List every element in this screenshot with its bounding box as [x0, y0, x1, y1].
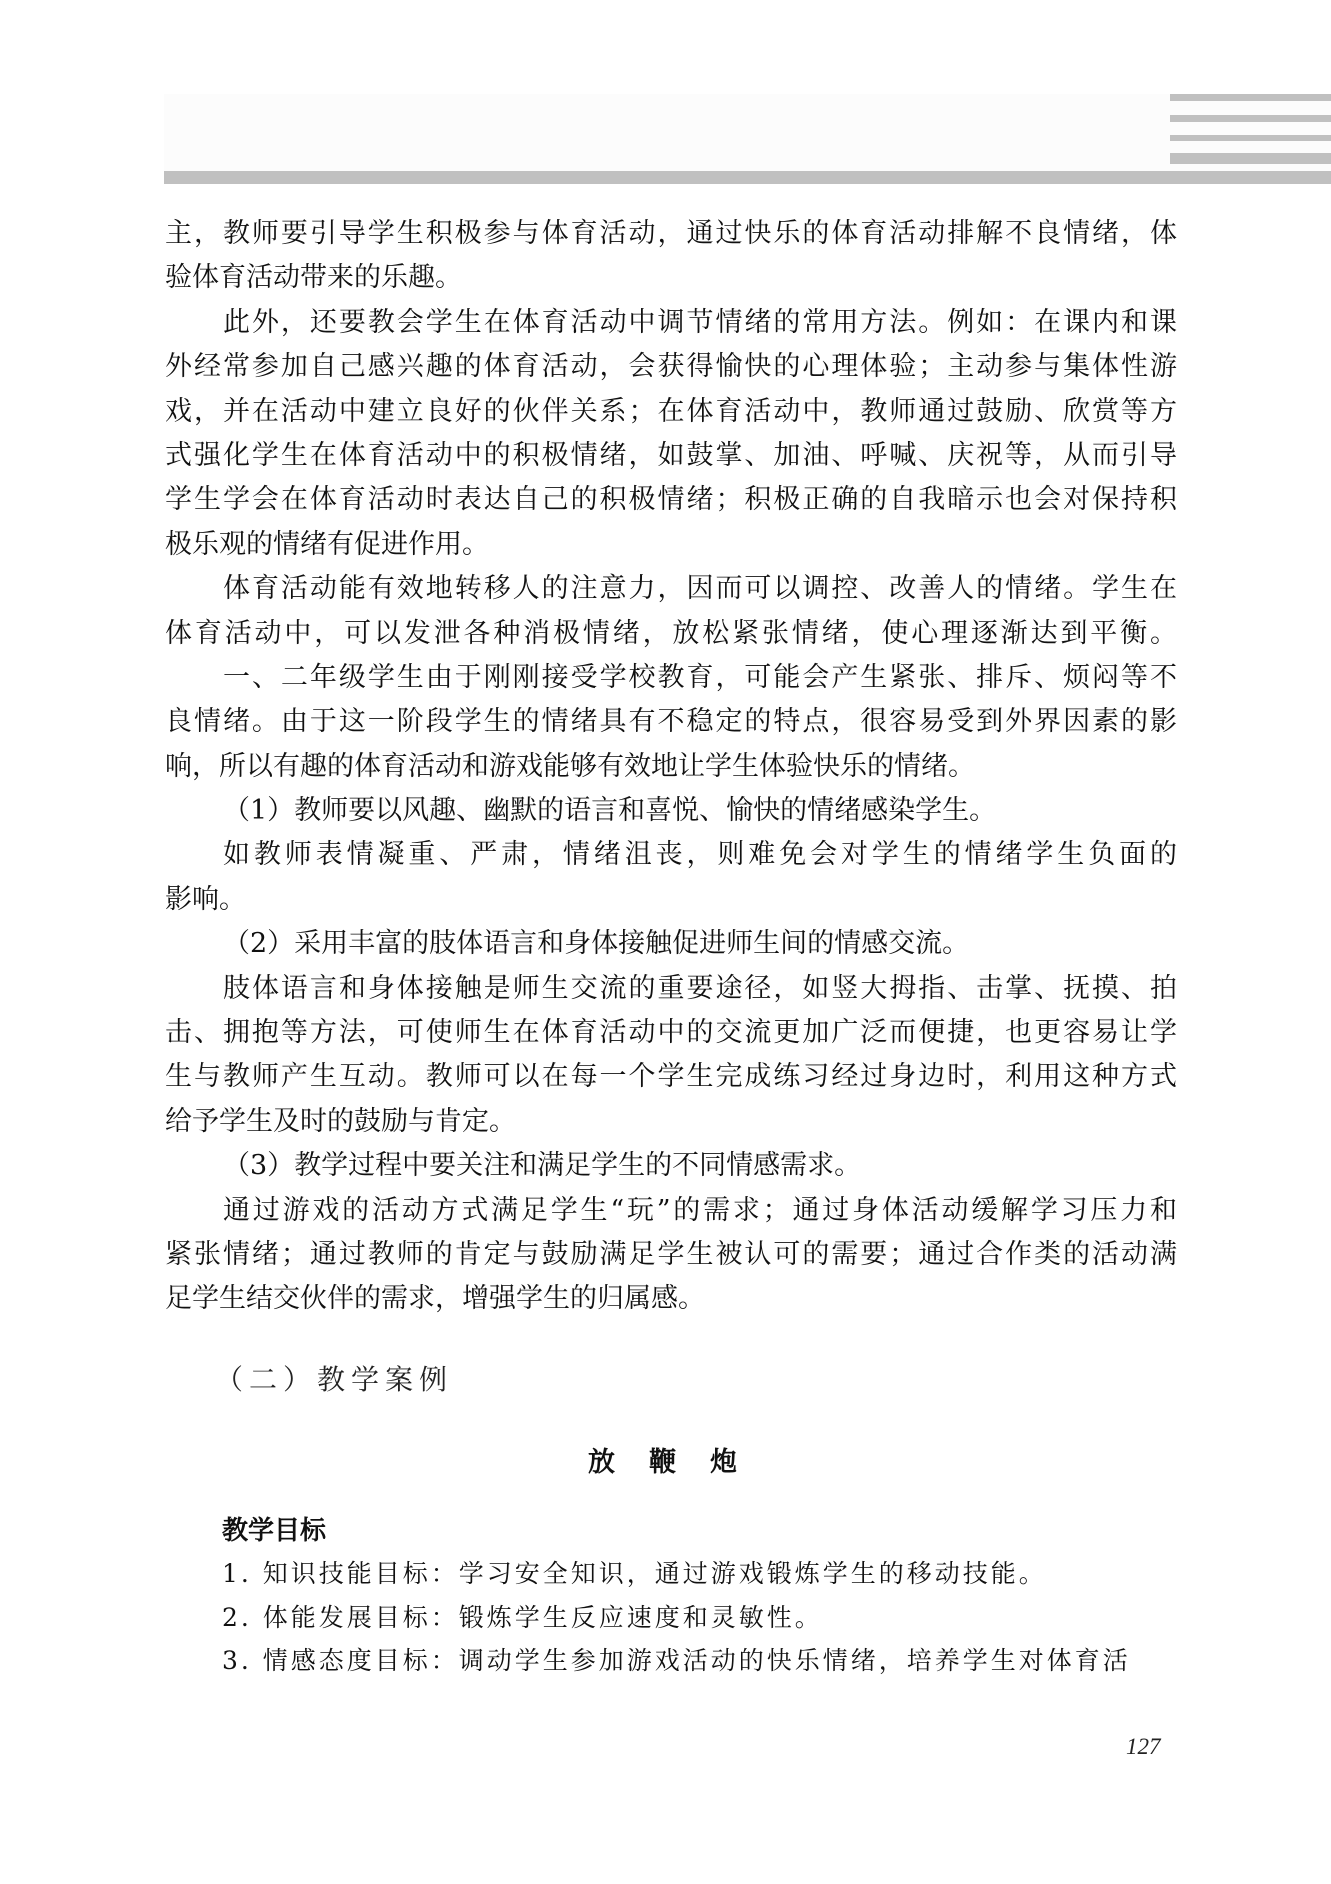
- section-heading: （二）教学案例: [215, 1358, 453, 1398]
- header-stripe-1: [1170, 94, 1331, 101]
- goals-heading: 教学目标: [222, 1510, 326, 1547]
- goal-item: 3. 情感态度目标：调动学生参加游戏活动的快乐情绪，培养学生对体育活: [222, 1639, 1177, 1683]
- body-line: 肢体语言和身体接触是师生交流的重要途径，如竖大拇指、击掌、抚摸、拍: [165, 967, 1177, 1011]
- body-line: 主，教师要引导学生积极参与体育活动，通过快乐的体育活动排解不良情绪，体: [165, 212, 1177, 256]
- header-stripe-4: [1170, 153, 1331, 164]
- case-title-char: 放: [588, 1440, 649, 1479]
- body-line: 体育活动能有效地转移人的注意力，因而可以调控、改善人的情绪。学生在: [165, 567, 1177, 611]
- body-line: 足学生结交伙伴的需求，增强学生的归属感。: [165, 1277, 1177, 1321]
- goal-item: 1. 知识技能目标：学习安全知识，通过游戏锻炼学生的移动技能。: [222, 1552, 1177, 1596]
- body-line: 式强化学生在体育活动中的积极情绪，如鼓掌、加油、呼喊、庆祝等，从而引导: [165, 434, 1177, 478]
- body-line: （3）教学过程中要关注和满足学生的不同情感需求。: [165, 1144, 1177, 1188]
- body-text: 主，教师要引导学生积极参与体育活动，通过快乐的体育活动排解不良情绪，体 验体育活…: [165, 212, 1177, 1322]
- goals-list: 1. 知识技能目标：学习安全知识，通过游戏锻炼学生的移动技能。 2. 体能发展目…: [222, 1552, 1177, 1683]
- body-line: 影响。: [165, 878, 1177, 922]
- case-title-char: 鞭: [649, 1440, 710, 1479]
- body-line: 此外，还要教会学生在体育活动中调节情绪的常用方法。例如：在课内和课: [165, 301, 1177, 345]
- header-stripe-3: [1170, 135, 1331, 141]
- page-header-band: [164, 94, 1331, 171]
- case-title: 放鞭炮: [588, 1440, 771, 1479]
- goal-item: 2. 体能发展目标：锻炼学生反应速度和灵敏性。: [222, 1596, 1177, 1640]
- body-line: 通过游戏的活动方式满足学生“玩”的需求；通过身体活动缓解学习压力和: [165, 1189, 1177, 1233]
- body-line: 生与教师产生互动。教师可以在每一个学生完成练习经过身边时，利用这种方式: [165, 1055, 1177, 1099]
- page-number: 127: [1126, 1734, 1161, 1760]
- body-line: 验体育活动带来的乐趣。: [165, 256, 1177, 300]
- body-line: 外经常参加自己感兴趣的体育活动，会获得愉快的心理体验；主动参与集体性游: [165, 345, 1177, 389]
- body-line: （1）教师要以风趣、幽默的语言和喜悦、愉快的情绪感染学生。: [165, 789, 1177, 833]
- case-title-char: 炮: [710, 1440, 771, 1479]
- header-stripe-2: [1170, 115, 1331, 122]
- body-line: 戏，并在活动中建立良好的伙伴关系；在体育活动中，教师通过鼓励、欣赏等方: [165, 390, 1177, 434]
- body-line: 极乐观的情绪有促进作用。: [165, 523, 1177, 567]
- body-line: 体育活动中，可以发泄各种消极情绪，放松紧张情绪，使心理逐渐达到平衡。: [165, 612, 1177, 656]
- body-line: 良情绪。由于这一阶段学生的情绪具有不稳定的特点，很容易受到外界因素的影: [165, 700, 1177, 744]
- header-rule: [164, 171, 1331, 184]
- body-line: 击、拥抱等方法，可使师生在体育活动中的交流更加广泛而便捷，也更容易让学: [165, 1011, 1177, 1055]
- body-line: 紧张情绪；通过教师的肯定与鼓励满足学生被认可的需要；通过合作类的活动满: [165, 1233, 1177, 1277]
- body-line: 响，所以有趣的体育活动和游戏能够有效地让学生体验快乐的情绪。: [165, 745, 1177, 789]
- body-line: 给予学生及时的鼓励与肯定。: [165, 1100, 1177, 1144]
- body-line: （2）采用丰富的肢体语言和身体接触促进师生间的情感交流。: [165, 922, 1177, 966]
- body-line: 一、二年级学生由于刚刚接受学校教育，可能会产生紧张、排斥、烦闷等不: [165, 656, 1177, 700]
- body-line: 如教师表情凝重、严肃，情绪沮丧，则难免会对学生的情绪学生负面的: [165, 833, 1177, 877]
- body-line: 学生学会在体育活动时表达自己的积极情绪；积极正确的自我暗示也会对保持积: [165, 478, 1177, 522]
